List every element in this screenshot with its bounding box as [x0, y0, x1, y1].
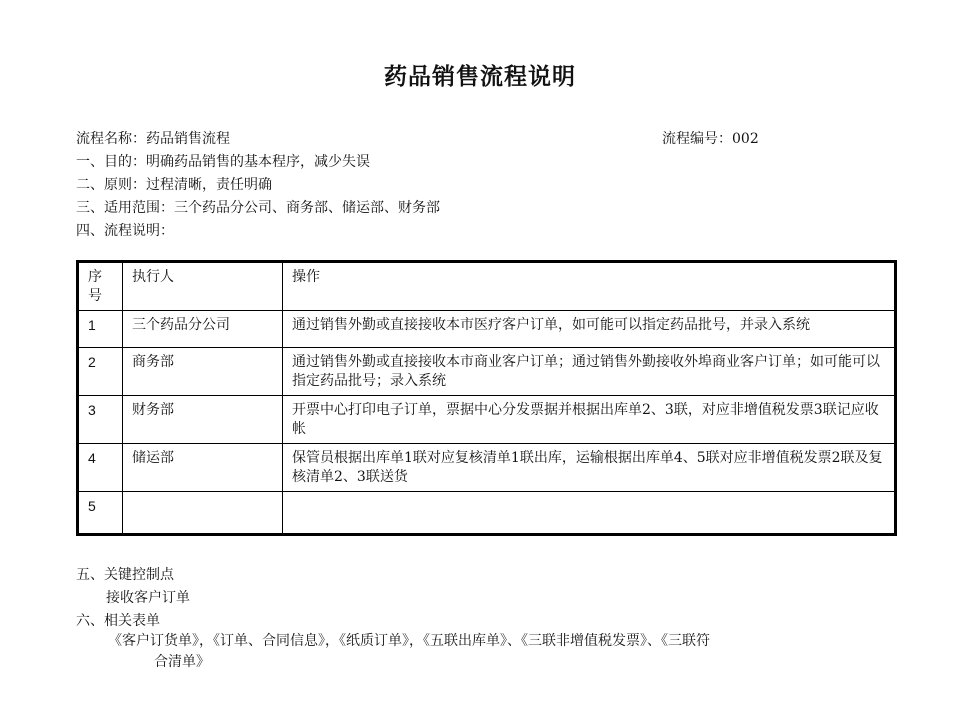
table-row: 4 储运部 保管员根据出库单1联对应复核清单1联出库，运输根据出库单4、5联对应… [78, 444, 896, 492]
process-name: 流程名称：药品销售流程 [76, 130, 230, 148]
row-executor [123, 492, 283, 535]
row-executor: 财务部 [123, 396, 283, 444]
control-item: 接收客户订单 [106, 589, 190, 607]
table-row: 3 财务部 开票中心打印电子订单，票据中心分发票据并根据出库单2、3联，对应非增… [78, 396, 896, 444]
table-header-row: 序 号 执行人 操作 [78, 262, 896, 311]
row-operation: 开票中心打印电子订单，票据中心分发票据并根据出库单2、3联，对应非增值税发票3联… [283, 396, 896, 444]
row-executor: 储运部 [123, 444, 283, 492]
section-flow-heading: 四、流程说明： [76, 222, 174, 240]
section-control-heading: 五、关键控制点 [76, 566, 174, 584]
row-executor: 三个药品分公司 [123, 311, 283, 348]
process-code: 流程编号：002 [662, 130, 759, 148]
table-row: 5 [78, 492, 896, 535]
row-operation: 通过销售外勤或直接接收本市商业客户订单；通过销售外勤接收外埠商业客户订单；如可能… [283, 348, 896, 396]
row-operation: 通过销售外勤或直接接收本市医疗客户订单，如可能可以指定药品批号，并录入系统 [283, 311, 896, 348]
header-operation: 操作 [283, 262, 896, 311]
section-scope: 三、适用范围：三个药品分公司、商务部、储运部、财务部 [76, 199, 440, 217]
row-seq: 5 [78, 492, 123, 535]
row-seq: 2 [78, 348, 123, 396]
section-purpose: 一、目的：明确药品销售的基本程序，减少失误 [76, 153, 370, 171]
row-seq: 4 [78, 444, 123, 492]
forms-list-line1: 《客户订货单》，《订单、合同信息》，《纸质订单》，《五联出库单》、《三联非增值税… [108, 632, 710, 650]
header-seq: 序 号 [78, 262, 123, 311]
header-seq-line2: 号 [88, 287, 114, 306]
table-row: 1 三个药品分公司 通过销售外勤或直接接收本市医疗客户订单，如可能可以指定药品批… [78, 311, 896, 348]
row-executor: 商务部 [123, 348, 283, 396]
table-row: 2 商务部 通过销售外勤或直接接收本市商业客户订单；通过销售外勤接收外埠商业客户… [78, 348, 896, 396]
row-operation [283, 492, 896, 535]
section-principle: 二、原则：过程清晰，责任明确 [76, 176, 272, 194]
row-operation: 保管员根据出库单1联对应复核清单1联出库，运输根据出库单4、5联对应非增值税发票… [283, 444, 896, 492]
header-seq-line1: 序 [88, 268, 114, 287]
document-title: 药品销售流程说明 [0, 58, 960, 91]
section-forms-heading: 六、相关表单 [76, 612, 160, 630]
header-executor: 执行人 [123, 262, 283, 311]
flow-table: 序 号 执行人 操作 1 三个药品分公司 通过销售外勤或直接接收本市医疗客户订单… [76, 260, 897, 536]
row-seq: 3 [78, 396, 123, 444]
row-seq: 1 [78, 311, 123, 348]
forms-list-line2: 合清单》 [154, 653, 210, 671]
